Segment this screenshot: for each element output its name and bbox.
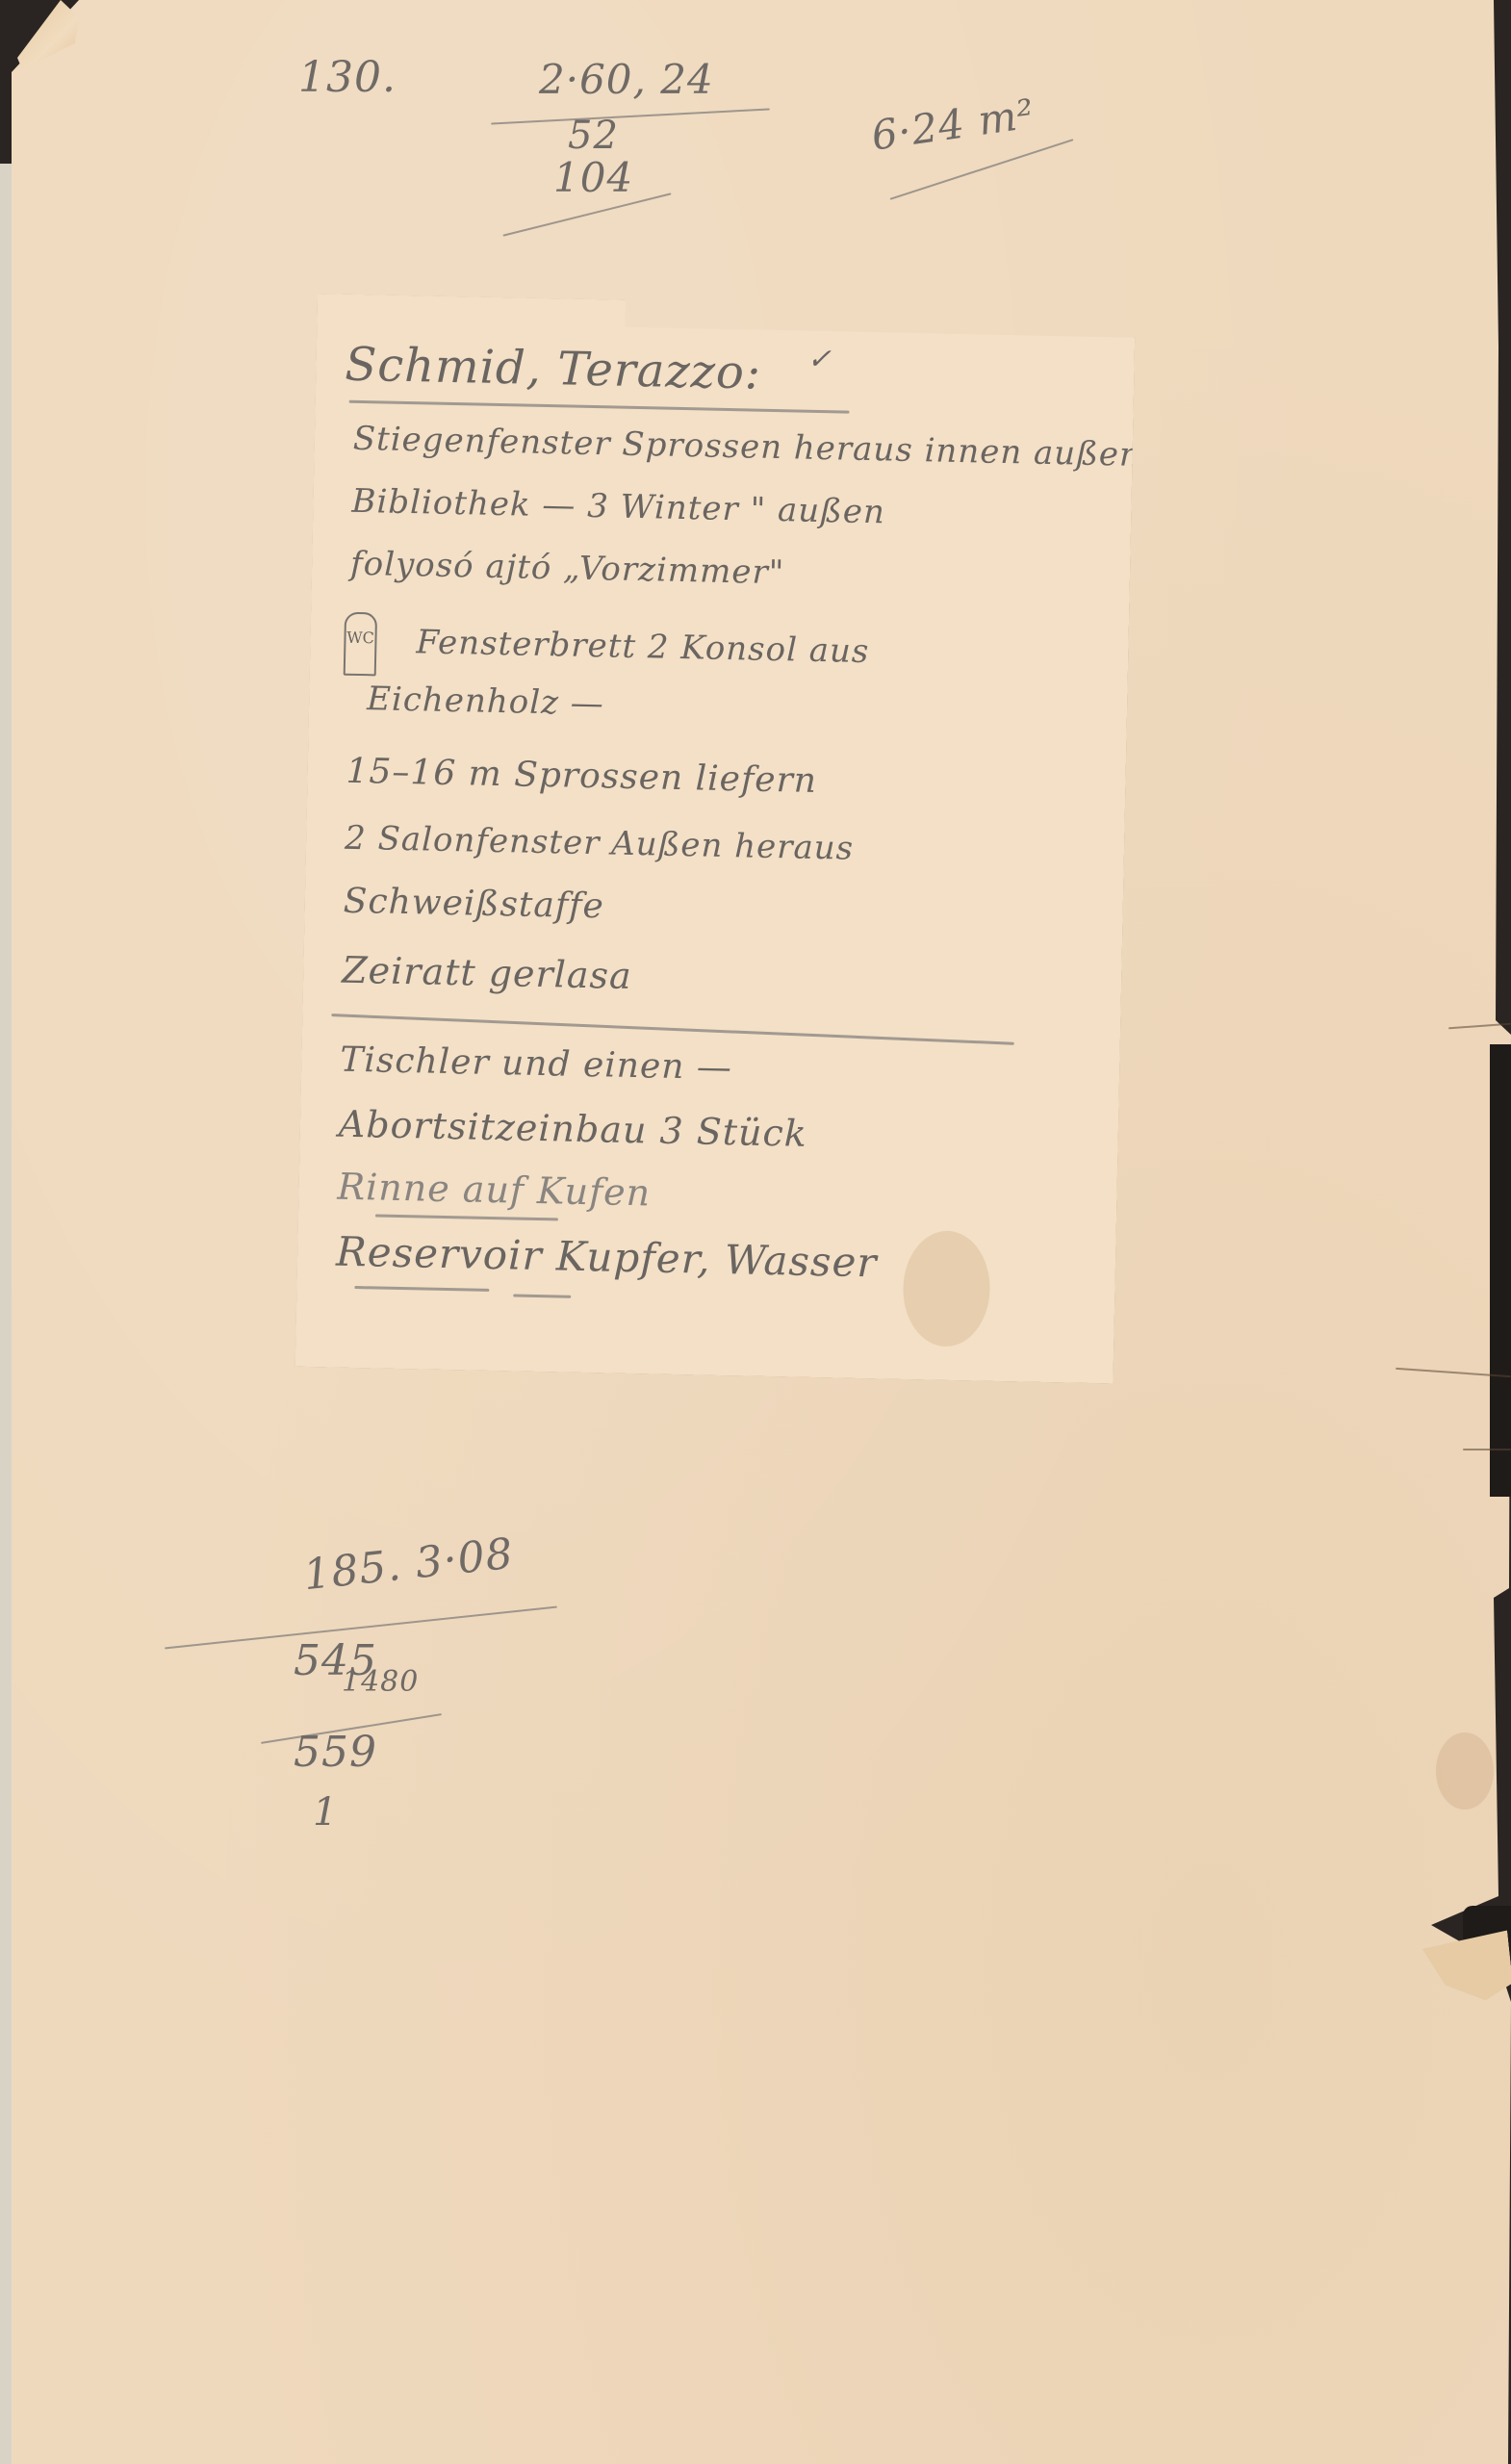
note-slip: Schmid, Terazzo: ✓ Stiegenfenster Spross… [295,294,1136,1384]
bottom-calc-line-4: 559 [294,1728,377,1777]
note-line: Rinne auf Kufen [337,1166,651,1215]
heading-underline [349,400,850,414]
bottom-calc-line-3: 1480 [342,1665,419,1699]
calc-multiplication-line: 2·60, 24 [539,56,714,103]
note-heading: Schmid, Terazzo: [345,338,762,400]
calc-number-130: 130. [298,53,397,102]
note-line: Tischler und einen — [340,1040,732,1089]
note-stain [902,1230,990,1347]
note-line: Bibliothek — 3 Winter " außen [351,482,885,532]
check-mark-icon: ✓ [807,343,832,377]
note-line: Reservoir Kupfer, Wasser [336,1228,878,1287]
section-divider [331,1014,1014,1045]
note-line: 15–16 m Sprossen liefern [346,752,817,801]
right-edge-tear [1490,1044,1511,1497]
note-line: Fensterbrett 2 Konsol aus [416,623,870,671]
word-underline [354,1286,489,1292]
note-line: Schweißstaffe [343,882,604,927]
calc-partial-1: 52 [568,114,619,158]
note-line: Abortsitzeinbau 3 Stück [338,1103,807,1155]
edge-crease [1463,1449,1511,1450]
note-line: folyosó ajtó „Vorzimmer" [350,545,785,592]
paper-stain [1436,1732,1494,1809]
wc-symbol-icon: WC [344,612,377,677]
note-line: Stiegenfenster Sprossen heraus innen auß… [352,420,1141,475]
note-line: Eichenholz — [367,680,604,723]
word-underline [513,1294,571,1297]
note-line: Zeiratt gerlasa [342,949,632,997]
note-line: 2 Salonfenster Außen heraus [345,819,855,868]
calc-partial-2: 104 [553,154,633,201]
bottom-calc-line-5: 1 [313,1790,338,1835]
line-underline [375,1214,558,1220]
